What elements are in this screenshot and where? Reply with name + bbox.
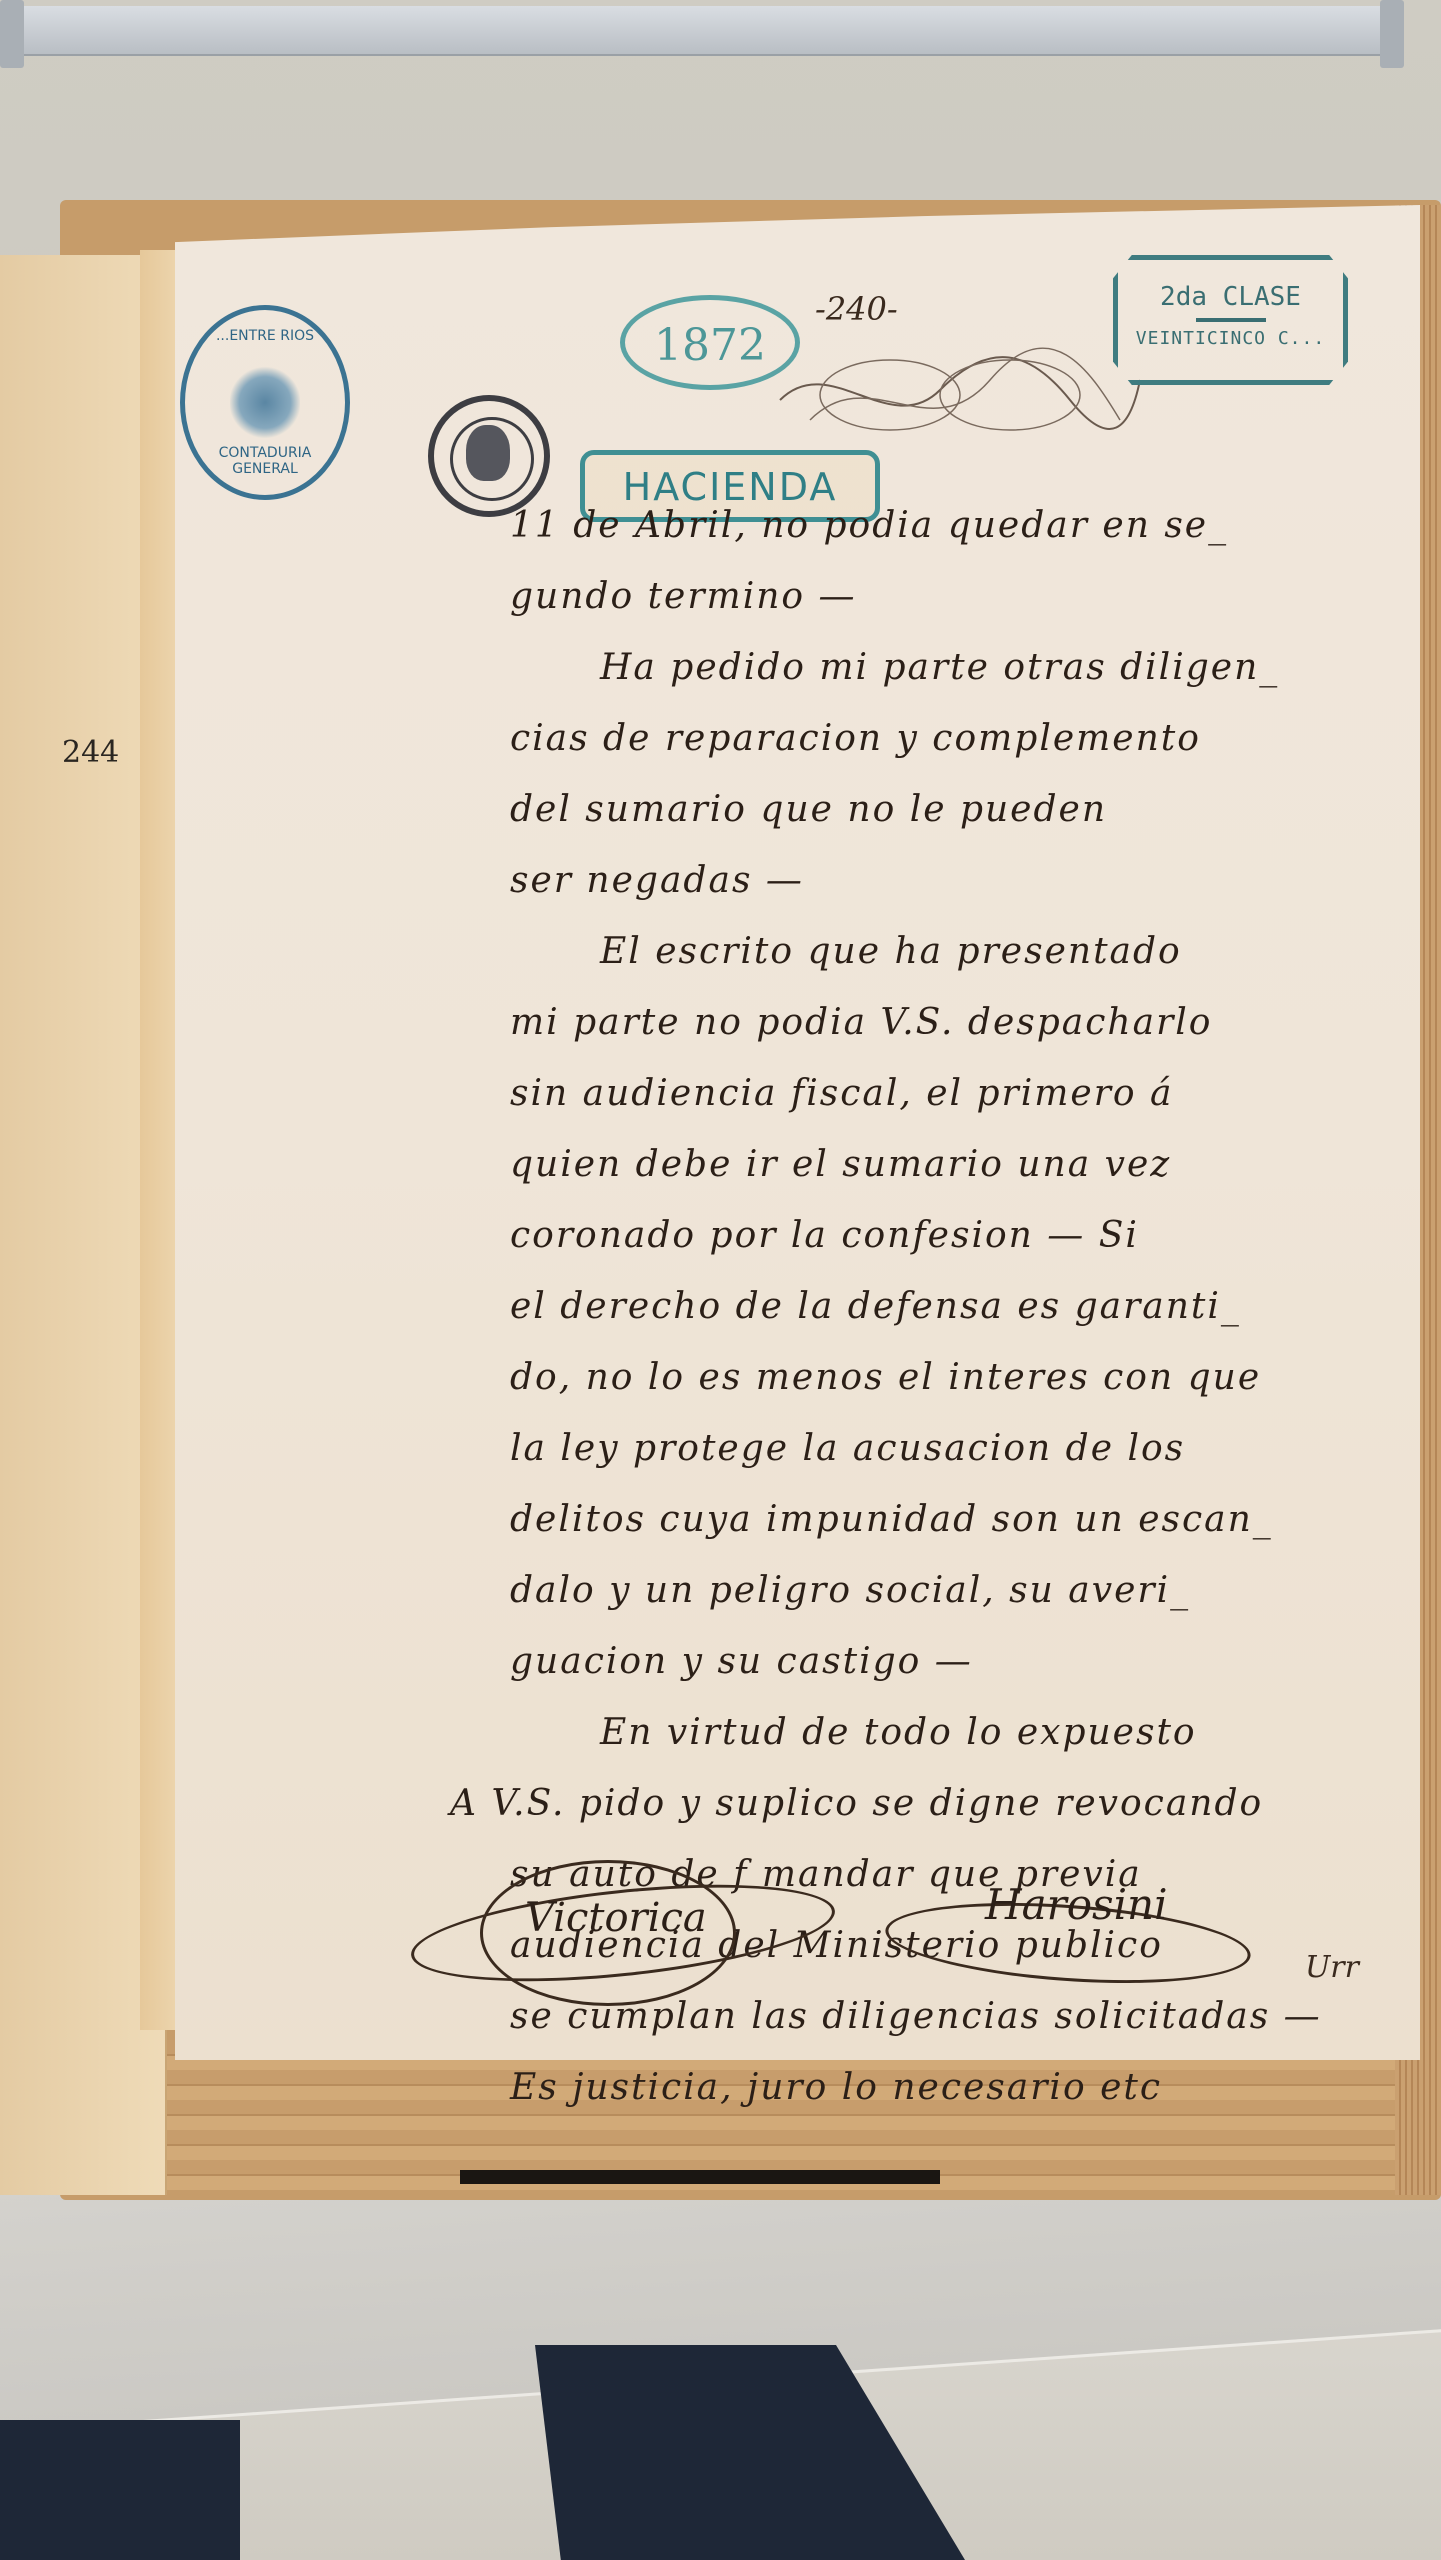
text-line: gundo termino — (510, 561, 1370, 632)
wall-rail (20, 6, 1390, 56)
text-line: mi parte no podia V.S. despacharlo (510, 987, 1370, 1058)
coat-of-arms-icon (466, 425, 510, 481)
signature-right: Harosini (985, 1880, 1168, 1929)
text-line: Es justicia, juro lo necesario etc (510, 2052, 1370, 2123)
pen-flourish-icon (770, 340, 1150, 450)
text-line: la ley protege la acusacion de los (510, 1413, 1370, 1484)
contaduria-stamp: ...ENTRE RIOS CONTADURIA GENERAL (180, 305, 350, 500)
text-line: A V.S. pido y suplico se digne revocando (450, 1768, 1370, 1839)
text-line: sin audiencia fiscal, el primero á (510, 1058, 1370, 1129)
text-line: guacion y su castigo — (510, 1626, 1370, 1697)
text-line: El escrito que ha presentado (510, 916, 1370, 987)
stamp-clase-line2: VEINTICINCO C... (1118, 328, 1343, 349)
rail-bracket-left (0, 0, 24, 68)
text-line: del sumario que no le pueden (510, 774, 1370, 845)
text-line: dalo y un peligro social, su averi_ (510, 1555, 1370, 1626)
torn-binding (460, 2170, 940, 2184)
text-line: do, no lo es menos el interes con que (510, 1342, 1370, 1413)
text-line: el derecho de la defensa es garanti_ (510, 1271, 1370, 1342)
person-leg-left (0, 2420, 240, 2560)
text-line: delitos cuya impunidad son un escan_ (510, 1484, 1370, 1555)
stamp-clase-rule (1196, 318, 1266, 322)
text-line: 11 de Abril, no podia quedar en se_ (510, 490, 1370, 561)
page-number: 244 (62, 735, 119, 770)
text-line: cias de reparacion y complemento (510, 703, 1370, 774)
text-line: ser negadas — (510, 845, 1370, 916)
rail-bracket-right (1380, 0, 1404, 68)
stamp-clase-line1: 2da CLASE (1118, 282, 1343, 312)
text-line: coronado por la confesion — Si (510, 1200, 1370, 1271)
signature-left: Victorica (525, 1895, 707, 1941)
provincial-emblem-icon (230, 365, 300, 440)
stamp-round-top-text: ...ENTRE RIOS (185, 328, 345, 344)
clase-stamp: 2da CLASE VEINTICINCO C... (1113, 255, 1348, 385)
stamp-round-bottom-text: CONTADURIA GENERAL (185, 445, 345, 477)
text-line: Ha pedido mi parte otras diligen_ (510, 632, 1370, 703)
text-line: quien debe ir el sumario una vez (510, 1129, 1370, 1200)
text-line: En virtud de todo lo expuesto (510, 1697, 1370, 1768)
margin-note: Urr (1305, 1950, 1359, 1985)
folio-number: -240- (815, 290, 898, 328)
